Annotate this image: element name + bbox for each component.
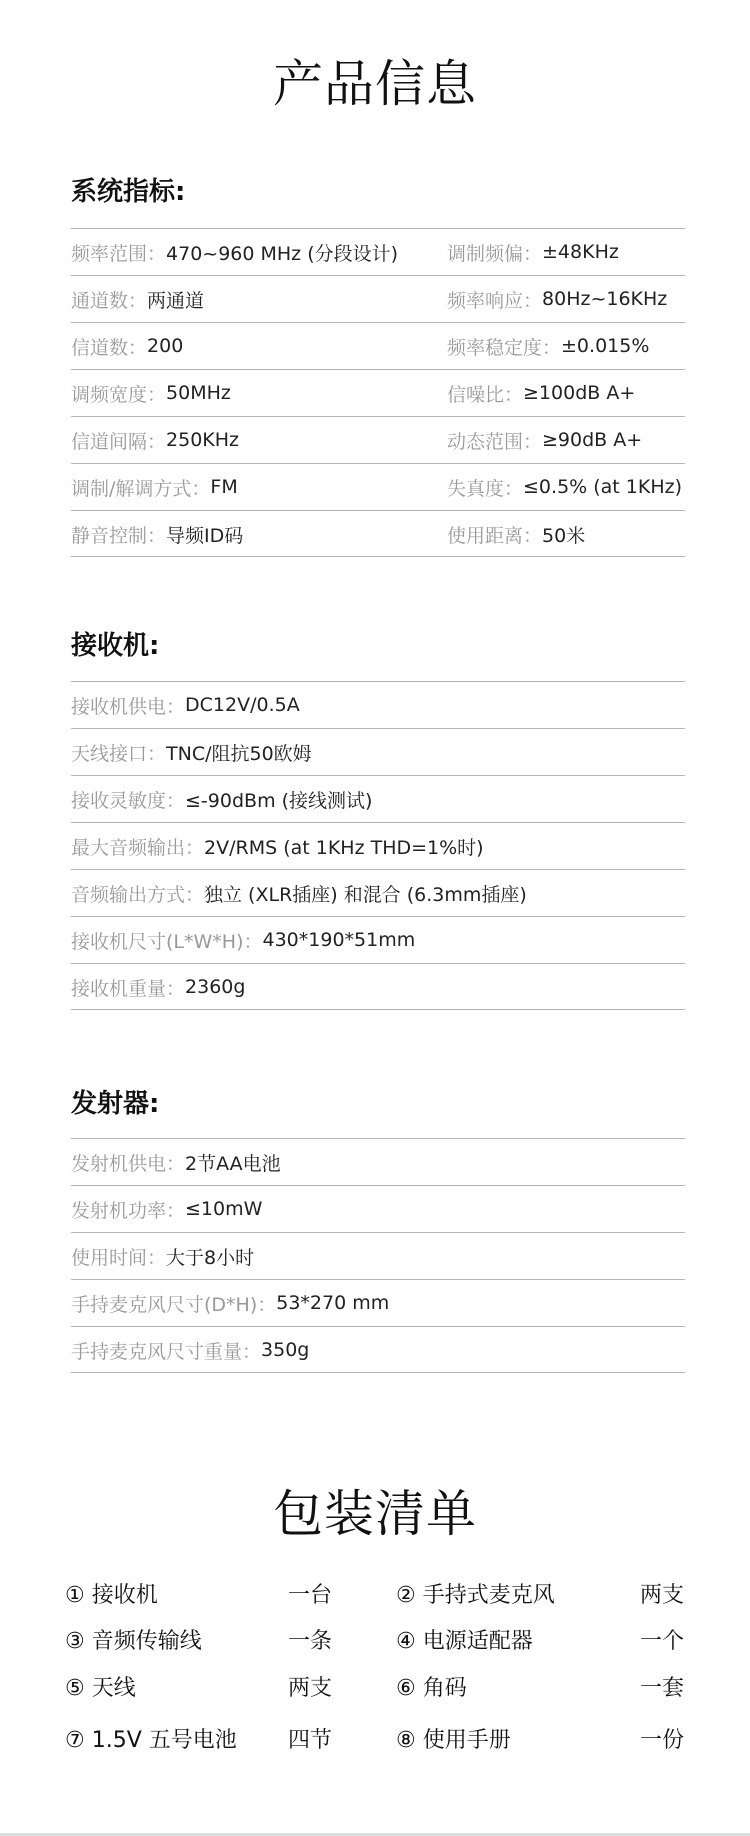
packing-list-row: ⑤ 天线 两支 ⑥ 角码 一套 [0, 1669, 750, 1709]
spec-value: 2节AA电池 [185, 1149, 281, 1176]
spec-label: 音频输出方式： [71, 880, 204, 907]
spec-row: 频率范围：470~960 MHz (分段设计) 调制频偏：±48KHz [71, 228, 685, 275]
packing-list-row: ⑦ 1.5V 五号电池 四节 ⑧ 使用手册 一份 [0, 1721, 750, 1761]
spec-label: 静音控制： [71, 521, 166, 548]
spec-value: 50米 [542, 521, 585, 548]
spec-value: 350g [261, 1339, 309, 1361]
spec-row: 发射机供电：2节AA电池 [71, 1138, 685, 1185]
spec-row: 使用时间：大于8小时 [71, 1232, 685, 1279]
spec-label: 频率范围： [71, 239, 166, 266]
spec-value: 200 [147, 335, 183, 357]
packing-item: ③ 音频传输线 [65, 1622, 202, 1662]
packing-quantity: 四节 [288, 1721, 332, 1761]
spec-value: ±48KHz [542, 241, 619, 263]
spec-row: 音频输出方式：独立 (XLR插座) 和混合 (6.3mm插座) [71, 869, 685, 916]
spec-value: 独立 (XLR插座) 和混合 (6.3mm插座) [204, 880, 527, 907]
section-heading-transmitter: 发射器: [71, 1088, 159, 1120]
spec-row: 手持麦克风尺寸重量：350g [71, 1326, 685, 1373]
packing-list-row: ③ 音频传输线 一条 ④ 电源适配器 一个 [0, 1622, 750, 1662]
packing-item: ① 接收机 [65, 1576, 158, 1616]
spec-label: 频率稳定度： [447, 333, 561, 360]
packing-quantity: 一份 [640, 1721, 684, 1761]
spec-row: 信道数：200 频率稳定度：±0.015% [71, 322, 685, 369]
spec-value: 53*270 mm [276, 1292, 389, 1314]
packing-quantity: 一套 [640, 1669, 684, 1709]
spec-row: 接收机重量：2360g [71, 963, 685, 1010]
spec-label: 信道间隔： [71, 427, 166, 454]
spec-value: 2360g [185, 976, 245, 998]
spec-value: DC12V/0.5A [185, 694, 300, 716]
packing-quantity: 一条 [288, 1622, 332, 1662]
spec-label: 通道数： [71, 286, 147, 313]
spec-row: 手持麦克风尺寸(D*H)：53*270 mm [71, 1279, 685, 1326]
spec-row: 天线接口：TNC/阻抗50欧姆 [71, 728, 685, 775]
spec-row: 调制/解调方式：FM 失真度：≤0.5% (at 1KHz) [71, 463, 685, 510]
spec-label: 调制频偏： [447, 239, 542, 266]
spec-label: 接收机供电： [71, 692, 185, 719]
packing-item: ② 手持式麦克风 [396, 1576, 555, 1616]
spec-label: 接收灵敏度： [71, 786, 185, 813]
spec-row: 调频宽度：50MHz 信噪比：≥100dB A+ [71, 369, 685, 416]
spec-label: 信道数： [71, 333, 147, 360]
spec-label: 发射机供电： [71, 1149, 185, 1176]
spec-row: 接收机供电：DC12V/0.5A [71, 681, 685, 728]
packing-item: ⑧ 使用手册 [396, 1721, 511, 1761]
spec-row: 接收机尺寸(L*W*H)：430*190*51mm [71, 916, 685, 963]
spec-label: 最大音频输出： [71, 833, 204, 860]
spec-value: FM [210, 476, 237, 498]
spec-value: 470~960 MHz (分段设计) [166, 239, 398, 266]
system-specs-table: 频率范围：470~960 MHz (分段设计) 调制频偏：±48KHz 通道数：… [71, 228, 685, 557]
packing-item: ⑥ 角码 [396, 1669, 467, 1709]
spec-row: 接收灵敏度：≤-90dBm (接线测试) [71, 775, 685, 822]
packing-item: ⑤ 天线 [65, 1669, 136, 1709]
product-info-title: 产品信息 [0, 56, 750, 112]
spec-value: ±0.015% [561, 335, 649, 357]
spec-label: 失真度： [447, 474, 523, 501]
spec-value: TNC/阻抗50欧姆 [166, 739, 312, 766]
spec-value: 两通道 [147, 286, 204, 313]
spec-value: ≤10mW [185, 1198, 262, 1220]
packing-item: ④ 电源适配器 [396, 1622, 533, 1662]
spec-label: 调制/解调方式： [71, 474, 210, 501]
spec-value: 50MHz [166, 382, 231, 404]
spec-label: 天线接口： [71, 739, 166, 766]
spec-value: 2V/RMS (at 1KHz THD=1%时) [204, 833, 484, 860]
spec-label: 接收机重量： [71, 974, 185, 1001]
packing-quantity: 两支 [640, 1576, 684, 1616]
spec-label: 信噪比： [447, 380, 523, 407]
spec-value: 大于8小时 [166, 1243, 254, 1270]
spec-label: 频率响应： [447, 286, 542, 313]
spec-label: 手持麦克风尺寸(D*H)： [71, 1290, 276, 1317]
spec-value: ≥90dB A+ [542, 429, 642, 451]
spec-label: 调频宽度： [71, 380, 166, 407]
transmitter-specs-table: 发射机供电：2节AA电池 发射机功率：≤10mW 使用时间：大于8小时 手持麦克… [71, 1138, 685, 1373]
spec-row: 通道数：两通道 频率响应：80Hz~16KHz [71, 275, 685, 322]
spec-label: 使用距离： [447, 521, 542, 548]
packing-list-title: 包装清单 [0, 1486, 750, 1542]
spec-value: ≥100dB A+ [523, 382, 635, 404]
spec-value: 导频ID码 [166, 521, 243, 548]
spec-label: 发射机功率： [71, 1196, 185, 1223]
section-heading-receiver: 接收机: [71, 630, 159, 662]
section-heading-system-specs: 系统指标: [71, 176, 185, 208]
spec-label: 接收机尺寸(L*W*H)： [71, 927, 263, 954]
packing-quantity: 一台 [288, 1576, 332, 1616]
spec-value: 430*190*51mm [263, 929, 416, 951]
spec-row: 最大音频输出：2V/RMS (at 1KHz THD=1%时) [71, 822, 685, 869]
spec-label: 动态范围： [447, 427, 542, 454]
spec-row: 发射机功率：≤10mW [71, 1185, 685, 1232]
packing-quantity: 两支 [288, 1669, 332, 1709]
spec-value: ≤-90dBm (接线测试) [185, 786, 372, 813]
packing-list-row: ① 接收机 一台 ② 手持式麦克风 两支 [0, 1576, 750, 1616]
packing-quantity: 一个 [640, 1622, 684, 1662]
spec-row: 信道间隔：250KHz 动态范围：≥90dB A+ [71, 416, 685, 463]
spec-value: 80Hz~16KHz [542, 288, 667, 310]
spec-label: 使用时间： [71, 1243, 166, 1270]
spec-label: 手持麦克风尺寸重量： [71, 1337, 261, 1364]
spec-row: 静音控制：导频ID码 使用距离：50米 [71, 510, 685, 557]
spec-value: ≤0.5% (at 1KHz) [523, 476, 682, 498]
spec-value: 250KHz [166, 429, 239, 451]
receiver-specs-table: 接收机供电：DC12V/0.5A 天线接口：TNC/阻抗50欧姆 接收灵敏度：≤… [71, 681, 685, 1010]
packing-item: ⑦ 1.5V 五号电池 [65, 1721, 237, 1761]
